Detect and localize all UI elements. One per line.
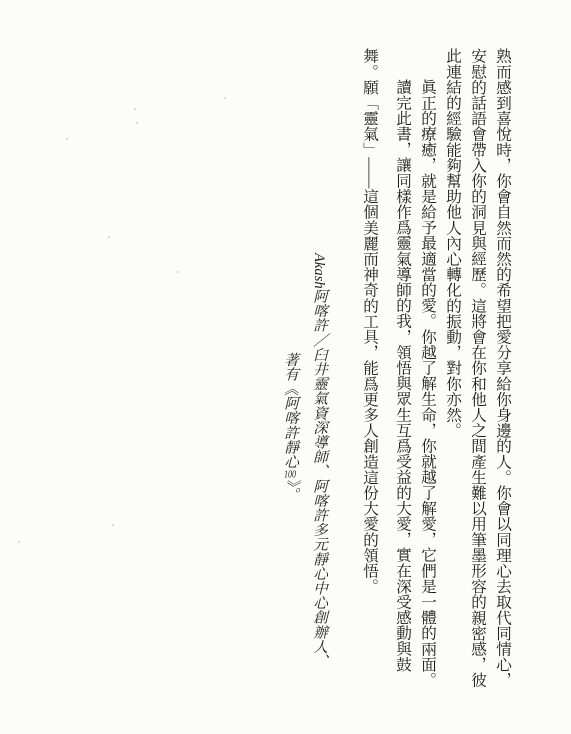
text-segment: 》。 — [282, 480, 298, 502]
body-column-3: 此連結的經驗能夠幫助他人內心轉化的振動，對你亦然。 — [444, 48, 461, 438]
attribution-line-1: Akash阿喀許／臼井靈氣資深導師、阿喀許多元靜心中心創辦人、 — [311, 253, 327, 668]
scan-speck — [177, 271, 179, 273]
page: 熟而感到喜悅時，你會自然而然的希望把愛分享給你身邊的人。你會以同理心去取代同情心… — [0, 0, 571, 734]
attribution-line-2: 著有《阿喀許靜心100》。 — [282, 352, 298, 502]
scan-speck — [134, 108, 136, 110]
body-column-6: 舞。願「靈氣」——這個美麗而神奇的工具，能爲更多人創造這份大愛的領悟。 — [361, 48, 378, 594]
scan-speck — [224, 97, 226, 99]
combined-digits: 100 — [284, 469, 296, 480]
scan-speck — [136, 122, 138, 124]
scan-speck — [66, 138, 68, 140]
text-segment: 著有《阿喀許靜心 — [282, 352, 298, 469]
body-column-2: 安慰的話語會帶入你的洞見與經歷。這將會在你和他人之間產生難以用筆墨形容的親密感，… — [469, 48, 486, 688]
body-column-5: 讀完此書，讓同樣作爲靈氣導師的我，領悟與眾生互爲受益的大愛，實在深受感動與鼓 — [394, 79, 411, 672]
scan-speck — [108, 236, 110, 238]
scan-speck — [112, 524, 114, 526]
body-column-1: 熟而感到喜悅時，你會自然而然的希望把愛分享給你身邊的人。你會以同理心去取代同情心… — [494, 48, 511, 688]
scan-speck — [18, 541, 20, 543]
body-column-4: 眞正的療癒，就是給予最適當的愛。你越了解生命，你就越了解愛，它們是一體的兩面。 — [419, 79, 436, 687]
